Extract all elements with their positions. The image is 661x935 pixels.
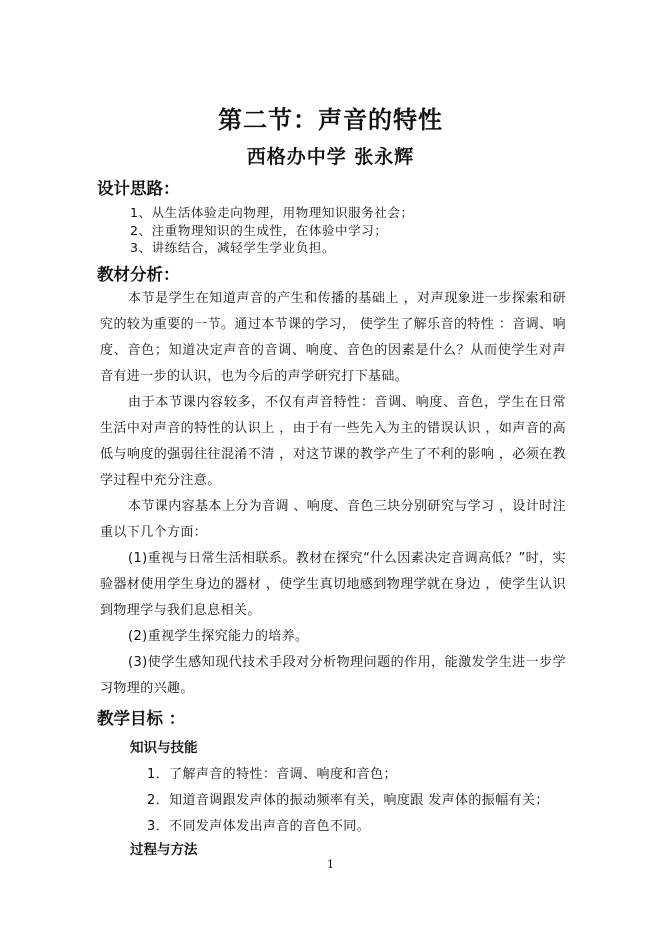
heading-analysis: 教材分析：	[97, 261, 180, 285]
analysis-paragraph-4: (1)重视与日常生活相联系。教材在探究“什么因素决定音调高低？”时，实验器材使用…	[100, 546, 566, 624]
analysis-paragraph-6: (3)使学生感知现代技术手段对分析物理问题的作用，能激发学生进一步学习物理的兴趣…	[100, 650, 566, 702]
design-item-1: 1、从生活体验走向物理，用物理知识服务社会；	[130, 203, 414, 221]
design-item-3: 3、讲练结合，减轻学生学业负担。	[130, 238, 335, 256]
knowledge-item-3: 3．不同发声体发出声音的音色不同。	[147, 815, 370, 834]
knowledge-item-1: 1．了解声音的特性：音调、响度和音色；	[147, 763, 397, 782]
analysis-paragraph-2: 由于本节课内容较多，不仅有声音特性：音调、响度、音色，学生在日常生活中对声音的特…	[100, 390, 566, 494]
page-number: 1	[0, 858, 661, 871]
analysis-paragraph-3: 本节课内容基本上分为音调 、响度、音色三块分别研究与学习 ，设计时注重以下几个方…	[100, 494, 566, 546]
page-title: 第二节：声音的特性	[0, 100, 661, 135]
analysis-paragraph-1: 本节是学生在知道声音的产生和传播的基础上 ，对声现象进一步探索和研究的较为重要的…	[100, 286, 566, 390]
analysis-paragraph-5: (2)重视学生探究能力的培养。	[100, 624, 566, 650]
heading-design: 设计思路：	[97, 175, 180, 199]
subheading-knowledge-skills: 知识与技能	[130, 736, 198, 756]
design-item-2: 2、注重物理知识的生成性，在体验中学习；	[130, 221, 387, 239]
author-line: 西格办中学 张永辉	[0, 142, 661, 169]
subheading-process-methods: 过程与方法	[130, 838, 198, 858]
knowledge-item-2: 2．知道音调跟发声体的振动频率有关，响度跟 发声体的振幅有关；	[147, 789, 549, 808]
document-page: 第二节：声音的特性 西格办中学 张永辉 设计思路： 1、从生活体验走向物理，用物…	[0, 0, 661, 935]
heading-objectives: 教学目标 ：	[97, 705, 185, 729]
